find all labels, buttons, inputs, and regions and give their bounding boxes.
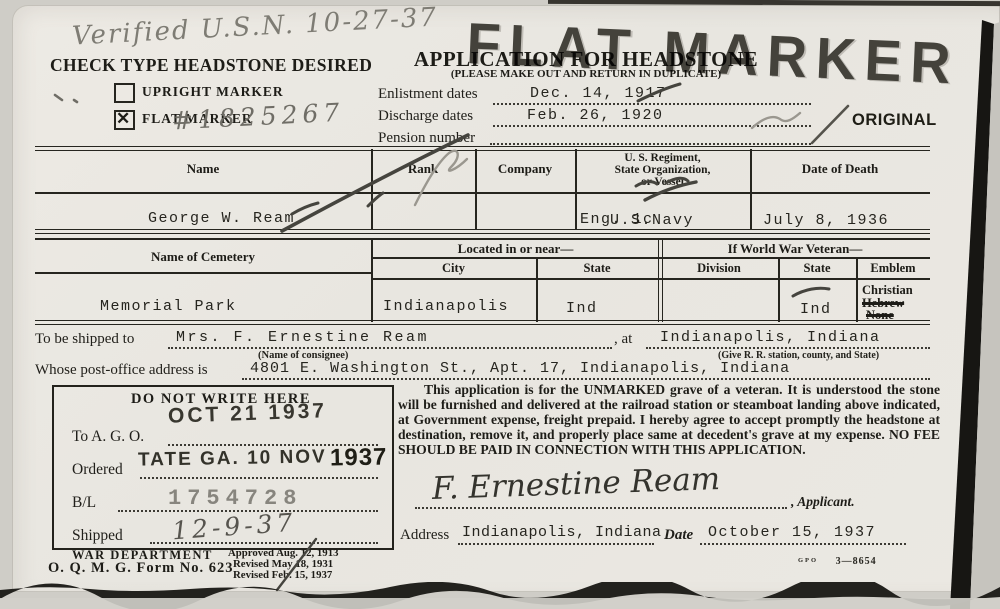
cemetery-table-top-rule bbox=[35, 238, 930, 240]
discharge-value: Feb. 26, 1920 bbox=[527, 107, 664, 124]
emblem-none: None bbox=[866, 308, 894, 323]
bl-number-stamp: 1754728 bbox=[168, 486, 302, 511]
regiment-header-line1: U. S. Regiment, bbox=[575, 152, 750, 164]
pension-label: Pension number bbox=[378, 130, 475, 147]
cemetery-header-rule bbox=[35, 272, 371, 274]
original-label: ORIGINAL bbox=[852, 111, 937, 130]
name-value: George W. Ream bbox=[148, 210, 295, 227]
at-line bbox=[646, 347, 930, 349]
ww-state-header: State bbox=[778, 261, 856, 276]
name-header: Name bbox=[35, 161, 371, 177]
division-header: Division bbox=[660, 261, 778, 276]
located-header: Located in or near— bbox=[371, 241, 660, 257]
ordered-stamp-year: 1937 bbox=[330, 444, 388, 473]
enlistment-line bbox=[493, 103, 811, 105]
death-header: Date of Death bbox=[750, 161, 930, 177]
enlistment-value: Dec. 14, 1917 bbox=[530, 85, 667, 102]
address-label: Address bbox=[400, 527, 449, 544]
date-label: Date bbox=[664, 527, 693, 544]
cemetery-table-bottom-rule bbox=[35, 320, 930, 325]
shipped-to-label: To be shipped to bbox=[35, 331, 134, 348]
city-header: City bbox=[371, 261, 536, 276]
service-table-top-rule bbox=[35, 146, 930, 151]
check-type-title: CHECK TYPE HEADSTONE DESIRED bbox=[50, 55, 372, 76]
scanned-headstone-application: Verified U.S.N. 10-27-37 CHECK TYPE HEAD… bbox=[0, 0, 1000, 609]
city-value: Indianapolis bbox=[383, 298, 509, 315]
gpo-print-code: GPO 3—8654 bbox=[798, 556, 877, 567]
state-header: State bbox=[536, 261, 658, 276]
rank-header: Rank bbox=[371, 161, 475, 177]
date-line bbox=[700, 543, 906, 545]
signature-line bbox=[415, 507, 787, 509]
shipped-label: Shipped bbox=[72, 527, 123, 545]
death-value: July 8, 1936 bbox=[763, 212, 889, 229]
ago-label: To A. G. O. bbox=[72, 428, 144, 446]
ww-header-rule bbox=[660, 257, 930, 259]
at-label: , at bbox=[614, 331, 632, 348]
service-table-bottom-rule bbox=[35, 229, 930, 234]
po-address-label: Whose post-office address is bbox=[35, 362, 208, 379]
discharge-label: Discharge dates bbox=[378, 108, 473, 125]
state-value: Ind bbox=[566, 300, 598, 317]
agreement-unmarked: UNMARKED bbox=[584, 382, 666, 397]
po-address-value: 4801 E. Washington St., Apt. 17, Indiana… bbox=[250, 360, 790, 377]
address-value: Indianapolis, Indiana bbox=[462, 524, 662, 541]
form-number-label: O. Q. M. G. Form No. 623 bbox=[48, 560, 234, 577]
ordered-stamp: TATE GA. 10 NOV bbox=[138, 446, 327, 471]
date-value: October 15, 1937 bbox=[708, 524, 876, 541]
discharge-line bbox=[493, 125, 811, 127]
scan-right-edge bbox=[930, 0, 1000, 609]
revised-date-2: Revised Feb. 15, 1937 bbox=[233, 569, 332, 581]
applicant-label: , Applicant. bbox=[791, 494, 855, 510]
ordered-label: Ordered bbox=[72, 461, 123, 479]
scan-bottom-tear bbox=[0, 582, 1000, 609]
company-header: Company bbox=[475, 161, 575, 177]
consignee-line bbox=[168, 347, 612, 349]
bl-label: B/L bbox=[72, 494, 96, 512]
subheader-rule bbox=[371, 278, 930, 280]
at-value: Indianapolis, Indiana bbox=[660, 329, 881, 346]
agreement-paragraph: This application is for the UNMARKED gra… bbox=[398, 383, 940, 458]
gpo-label: GPO bbox=[798, 557, 818, 564]
agreement-text: This application is for the bbox=[424, 382, 584, 397]
ww-veteran-header: If World War Veteran— bbox=[660, 241, 930, 257]
cemetery-value: Memorial Park bbox=[100, 298, 237, 315]
located-header-rule bbox=[371, 257, 660, 259]
ordered-line bbox=[140, 477, 378, 479]
gpo-number: 3—8654 bbox=[836, 556, 877, 567]
upright-marker-label: UPRIGHT MARKER bbox=[142, 84, 284, 100]
ww-state-value: Ind bbox=[800, 301, 832, 318]
regiment-value: U.S.Navy bbox=[610, 212, 694, 229]
regiment-header-line3: or Vessel bbox=[575, 176, 750, 188]
cemetery-header: Name of Cemetery bbox=[35, 249, 371, 265]
upright-marker-checkbox[interactable] bbox=[114, 83, 135, 103]
pension-line bbox=[490, 143, 811, 145]
flat-marker-checkmark: ✕ bbox=[116, 110, 130, 127]
emblem-header: Emblem bbox=[856, 261, 930, 276]
address-line bbox=[458, 543, 654, 545]
enlistment-label: Enlistment dates bbox=[378, 86, 478, 103]
consignee-value: Mrs. F. Ernestine Ream bbox=[176, 329, 429, 346]
service-table-header-rule bbox=[35, 192, 930, 194]
po-address-line bbox=[242, 378, 930, 380]
regiment-header-line2: State Organization, bbox=[575, 164, 750, 176]
